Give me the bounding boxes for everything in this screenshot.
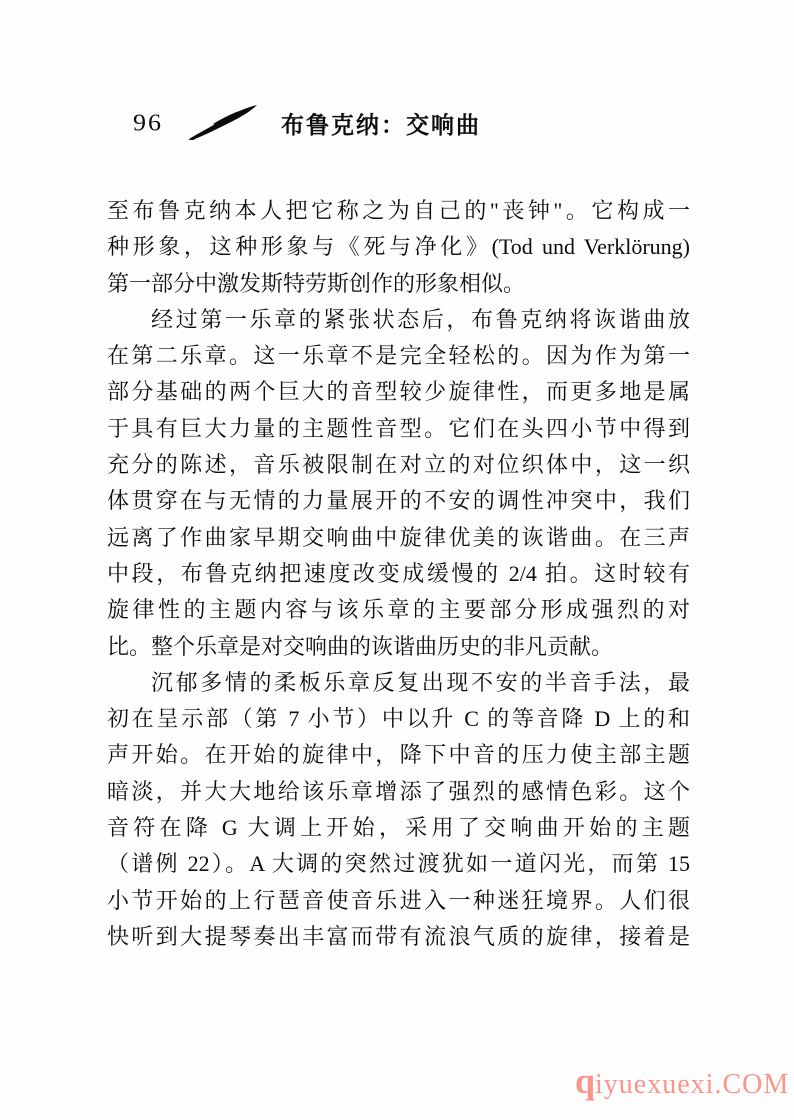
text-line: 沉郁多情的柔板乐章反复出现不安的半音手法，最 [107,665,690,701]
text-line: 初在呈示部（第 7 小节）中以升 C 的等音降 D 上的和 [107,701,690,737]
page-number: 96 [133,109,163,138]
text-line: 部分基础的两个巨大的音型较少旋律性，而更多地是属 [107,374,690,410]
quill-icon [187,104,259,142]
text-line: 声开始。在开始的旋律中，降下中音的压力使主部主题 [107,737,690,773]
body-text: 至布鲁克纳本人把它称之为自己的"丧钟"。它构成一 种形象，这种形象与《死与净化》… [107,193,690,955]
text-line: 经过第一乐章的紧张状态后，布鲁克纳将诙谐曲放 [107,302,690,338]
site-watermark: qiyuexuexi.COM [575,1063,789,1099]
running-title: 布鲁克纳：交响曲 [281,106,481,140]
text-line: 音符在降 G 大调上开始，采用了交响曲开始的主题 [107,810,690,846]
text-line: 比。整个乐章是对交响曲的诙谐曲历史的非凡贡献。 [107,629,690,665]
text-line: 快听到大提琴奏出丰富而带有流浪气质的旋律，接着是 [107,919,690,955]
watermark-name: iyuexuexi [595,1071,714,1099]
text-line: 于具有巨大力量的主题性音型。它们在头四小节中得到 [107,411,690,447]
watermark-q: q [575,1063,595,1099]
text-line: 体贯穿在与无情的力量展开的不安的调性冲突中，我们 [107,483,690,519]
page-header: 96 布鲁克纳：交响曲 [133,104,481,142]
text-line: （谱例 22）。A 大调的突然过渡犹如一道闪光，而第 15 [107,846,690,882]
text-line: 中段，布鲁克纳把速度改变成缓慢的 2/4 拍。这时较有 [107,556,690,592]
text-line: 充分的陈述，音乐被限制在对立的对位织体中，这一织 [107,447,690,483]
text-line: 第一部分中激发斯特劳斯创作的形象相似。 [107,266,690,302]
text-line: 至布鲁克纳本人把它称之为自己的"丧钟"。它构成一 [107,193,690,229]
text-line: 在第二乐章。这一乐章不是完全轻松的。因为作为第一 [107,338,690,374]
scanned-book-page: 96 布鲁克纳：交响曲 至布鲁克纳本人把它称之为自己的"丧钟"。它构成一 种形象… [0,0,794,1120]
text-line: 暗淡，并大大地给该乐章增添了强烈的感情色彩。这个 [107,774,690,810]
text-line: 种形象，这种形象与《死与净化》(Tod und Verklörung) [107,229,690,265]
watermark-tld: .COM [714,1071,789,1099]
text-line: 旋律性的主题内容与该乐章的主要部分形成强烈的对 [107,592,690,628]
text-line: 远离了作曲家早期交响曲中旋律优美的诙谐曲。在三声 [107,520,690,556]
text-line: 小节开始的上行琶音使音乐进入一种迷狂境界。人们很 [107,883,690,919]
